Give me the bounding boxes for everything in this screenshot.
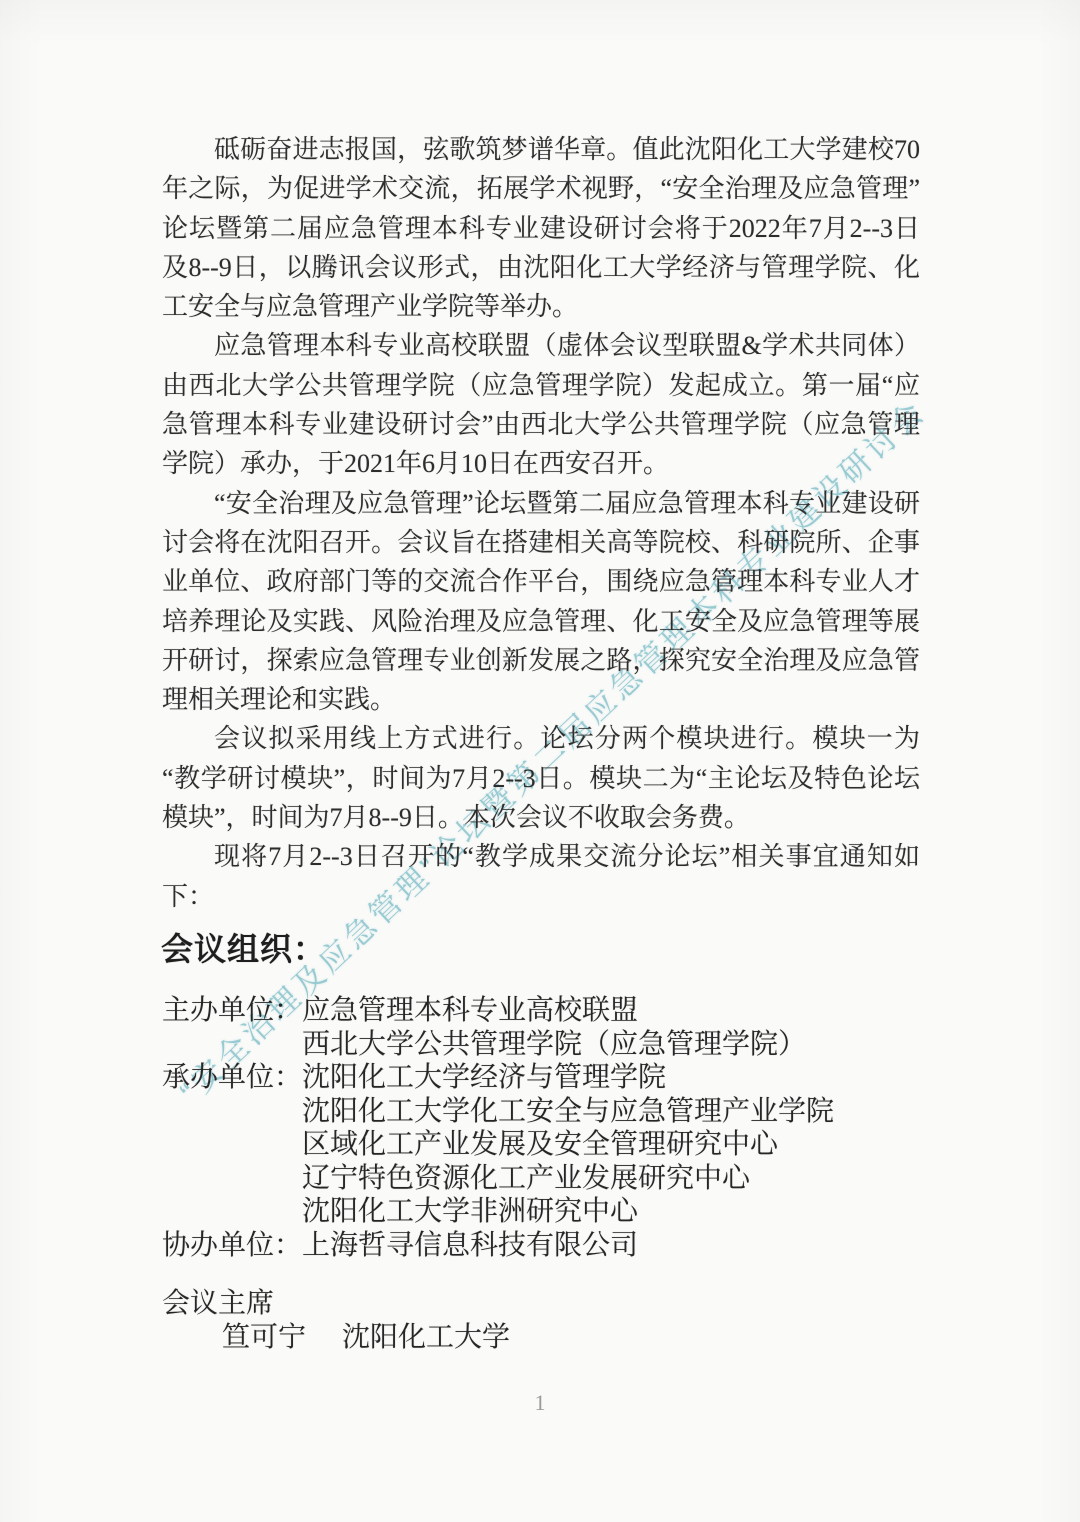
document-page: “安全治理及应急管理”论坛暨第二届应急管理本科专业建设研讨会 砥砺奋进志报国，弦… [0, 0, 1080, 1522]
organizer-names: 上海哲寻信息科技有限公司 [302, 1228, 962, 1262]
organizer-name: 沈阳化工大学非洲研究中心 [302, 1194, 962, 1228]
chair-affiliation: 沈阳化工大学 [342, 1321, 510, 1352]
organizer-row: 协办单位：上海哲寻信息科技有限公司 [162, 1228, 962, 1262]
chair-name: 笪可宁 [222, 1321, 306, 1352]
organizer-names: 沈阳化工大学经济与管理学院沈阳化工大学化工安全与应急管理产业学院区域化工产业发展… [302, 1060, 962, 1228]
notice-paragraph: 应急管理本科专业高校联盟（虚体会议型联盟&学术共同体）由西北大学公共管理学院（应… [162, 326, 920, 483]
organizer-name: 辽宁特色资源化工产业发展研究中心 [302, 1161, 962, 1195]
notice-paragraph: 砥砺奋进志报国，弦歌筑梦谱华章。值此沈阳化工大学建校70年之际，为促进学术交流，… [162, 130, 920, 326]
chair-entry: 笪可宁沈阳化工大学 [162, 1320, 510, 1354]
organizer-name: 上海哲寻信息科技有限公司 [302, 1228, 962, 1262]
organizer-role-label: 主办单位： [162, 993, 302, 1027]
section-heading-meeting-organization: 会议组织： [161, 924, 326, 970]
page-number: 1 [0, 1390, 1080, 1416]
chair-entries: 笪可宁沈阳化工大学 [162, 1320, 510, 1354]
notice-paragraph: “安全治理及应急管理”论坛暨第二届应急管理本科专业建设研讨会将在沈阳召开。会议旨… [162, 484, 920, 720]
organizer-role-label: 承办单位： [162, 1060, 302, 1094]
organizer-role-label: 协办单位： [162, 1228, 302, 1262]
chair-section-title: 会议主席 [162, 1286, 510, 1320]
notice-paragraph: 现将7月2--3日召开的“教学成果交流分论坛”相关事宜通知如下： [162, 837, 920, 916]
organizer-name: 沈阳化工大学经济与管理学院 [302, 1060, 962, 1094]
chair-section: 会议主席 笪可宁沈阳化工大学 [162, 1286, 510, 1353]
notice-paragraph: 会议拟采用线上方式进行。论坛分两个模块进行。模块一为“教学研讨模块”，时间为7月… [162, 719, 920, 837]
organizer-name: 西北大学公共管理学院（应急管理学院） [302, 1027, 962, 1061]
organizers-list: 主办单位：应急管理本科专业高校联盟西北大学公共管理学院（应急管理学院）承办单位：… [162, 993, 962, 1261]
organizer-row: 承办单位：沈阳化工大学经济与管理学院沈阳化工大学化工安全与应急管理产业学院区域化… [162, 1060, 962, 1228]
organizer-names: 应急管理本科专业高校联盟西北大学公共管理学院（应急管理学院） [302, 993, 962, 1060]
organizer-name: 应急管理本科专业高校联盟 [302, 993, 962, 1027]
organizer-row: 主办单位：应急管理本科专业高校联盟西北大学公共管理学院（应急管理学院） [162, 993, 962, 1060]
organizer-name: 沈阳化工大学化工安全与应急管理产业学院 [302, 1094, 962, 1128]
notice-body: 砥砺奋进志报国，弦歌筑梦谱华章。值此沈阳化工大学建校70年之际，为促进学术交流，… [162, 130, 920, 916]
organizer-name: 区域化工产业发展及安全管理研究中心 [302, 1127, 962, 1161]
